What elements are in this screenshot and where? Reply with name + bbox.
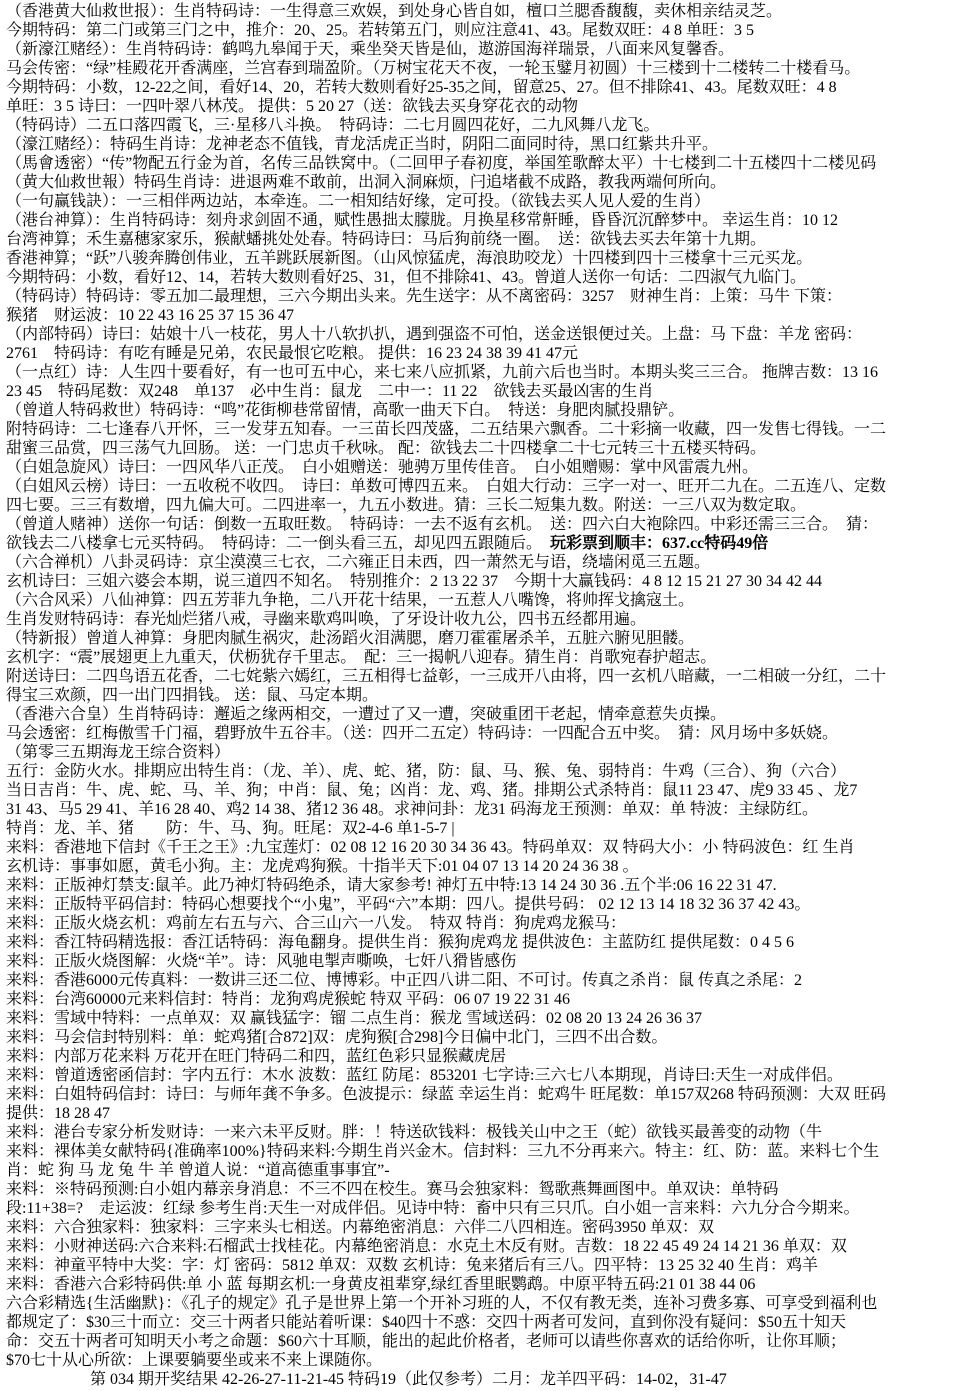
text-line: 23 45 特码尾数：双248 单137 必中生肖：鼠龙 二中一：11 22 欲… (6, 382, 956, 401)
text-line: 2761 特码诗：有吃有睡是兄弟，农民最恨它吃粮。 提供：16 23 24 38… (6, 344, 956, 363)
text-line: 来料：香港6000元传真料：一数讲三还二位、博博彩。中正四八讲二阳、不可讨。传真… (6, 971, 956, 990)
text-line: 四七要。三三有数增，四九偏大可。二四进率一，九五小数进。猜：三长二短集九数。附送… (6, 496, 956, 515)
text-line: 当日吉肖：牛、虎、蛇、马、羊、狗；中肖：鼠、兔；凶肖：龙、鸡、猪。排期公式杀特肖… (6, 781, 956, 800)
text-line: 来料：雪域中特料：一点单双：双 赢钱猛字：镏 二点生肖：猴龙 雪域送码：02 0… (6, 1009, 956, 1028)
text-line: 玄机诗：事事如愿，黄毛小狗。主：龙虎鸡狗猴。十指半天下:01 04 07 13 … (6, 857, 956, 876)
text-line: 玄机字：“震”展翅更上九重天，伏枥犹存千里志。 配：三一揭帆八迎春。猜生肖：肖歌… (6, 648, 956, 667)
text-line: （新濠江赌经）：生肖特码诗：鹤鸣九皋闻于天，乘坐癸天皆是仙，遨游国海祥瑞景，八面… (6, 40, 956, 59)
text-line: 来料：※特码预测:白小姐内幕亲身消息：不三不四在校生。赛马会独家料：鸳歌燕舞画图… (6, 1180, 956, 1199)
text-line: 来料：港台专家分析发财诗：一来六未平反财。胖：！特送砍钱料：极钱关山中之王（蛇）… (6, 1123, 956, 1142)
text-line: 生肖发财特码诗：春光灿烂猪八戒，寻幽来歇鸡叫唤，了牙设计收九公，四书五经都用遍。 (6, 610, 956, 629)
text-line: 来料：香港六合彩特码供:单 小 蓝 每期玄机:一身黄皮祖辈穿,绿红香里眠鹦鹉。中… (6, 1275, 956, 1294)
text-line: 欲钱去二八楼拿七元买特码。 特码诗：二一倒头看三五，却见四五跟随后。 玩彩票到顺… (6, 534, 956, 553)
text-line: 今期特码：小数，12-22之间，看好14、20，若转大数则看好25-35之间，留… (6, 78, 956, 97)
bold-promo-text: 玩彩票到顺丰：637.cc特码49倍 (550, 535, 768, 552)
text-line: 来料：白姐特码信封：诗曰：与师年龚不争多。色波提示：绿蓝 幸运生肖：蛇鸡牛 旺尾… (6, 1085, 956, 1104)
text-line: （六合风采）八仙神算：四五芳菲九争艳，二八开花十结果，一五惹人八嘴馋，将帅挥戈擒… (6, 591, 956, 610)
text-line: 来料：香港地下信封《千王之王》:九宝莲灯：02 08 12 16 20 30 3… (6, 838, 956, 857)
text-line: 附送诗曰：二四鸟语五花香，二七姹紫六嫣红，三五相得七益彰，一三成开八由将，四一玄… (6, 667, 956, 686)
text-line: （特码诗）二五口落四霞飞，三·星移八斗换。 特码诗：二七月圆四花好，二九风舞八龙… (6, 116, 956, 135)
text-line: 31 43、马5 29 41、羊16 28 40、鸡2 14 38、猪12 36… (6, 800, 956, 819)
text-line: 单旺：3 5 诗曰：一四叶翠八林茂。 提供：5 20 27（送：欲钱去买身穿花衣… (6, 97, 956, 116)
text-line: （特新报）曾道人神算：身肥肉腻生祸灾，赴汤蹈火泪满腮，磨刀霍霍屠杀羊，五脏六腑见… (6, 629, 956, 648)
lottery-tips-document: （香港黄大仙救世报）：生肖特码诗：一生得意三欢娱，到处身心皆自如，檀口兰腮香馥馥… (0, 0, 960, 1389)
text-line: （曾道人特码救世）特码诗：“鸣”花街柳巷常留情，高歌一曲天下白。 特送：身肥肉腻… (6, 401, 956, 420)
text-line: 来料：马会信封特别料：单：蛇鸡猪[合872]双：虎狗猴[合298]今日偏中北门，… (6, 1028, 956, 1047)
text-line: 肖：蛇 狗 马 龙 兔 牛 羊 曾道人说：“道高德重事事宜”- (6, 1161, 956, 1180)
text-line: 五行：金防火水。排期应出特生肖：（龙、羊）、虎、蛇、猪，防：鼠、马、猴、兔、弱特… (6, 762, 956, 781)
text-line: （第零三五期海龙王综合资料） (6, 743, 956, 762)
text-line: 今期特码：小数，看好12、14，若转大数则看好25、31，但不排除41、43。曾… (6, 268, 956, 287)
text-line: 来料：小财神送码:六合来料:石榴武士找桂花。内幕绝密消息：水克土木反有财。吉数：… (6, 1237, 956, 1256)
text-line: （黄大仙救世報）特码生肖诗：进退两难不敢前，出洞入洞麻烦，闩追堵截不成路，教我两… (6, 173, 956, 192)
text-line: （内部特码）诗曰：姑娘十八一枝花，男人十八软扒扒，遇到强盗不可怕，送金送银便过关… (6, 325, 956, 344)
text-line: 玄机诗曰：三姐六婆会本期，说三道四不知名。 特别推介：2 13 22 37 今期… (6, 572, 956, 591)
text-line: 来料：神童平特中大奖：字：灯 密码：5812 单双：双数 玄机诗：兔来猪后有三八… (6, 1256, 956, 1275)
text-line: 提供：18 28 47 (6, 1104, 956, 1123)
text-line: 第 034 期开奖结果 42-26-27-11-21-45 特码19（此仅参考）… (6, 1370, 956, 1389)
text-line: 来料：台湾60000元来料信封：特肖：龙狗鸡虎猴蛇 特双 平码：06 07 19… (6, 990, 956, 1009)
text-line: 今期特码：第二门或第三门之中，推介：20、25。若转第五门，则应注意41、43。… (6, 21, 956, 40)
text-line: （濠江赌经）：特码生肖诗：龙神老态不值钱，青龙活虎正当时，阴阳二面同时待，黑口红… (6, 135, 956, 154)
text-line: （港台神算）：生肖特码诗：刻舟求剑固不通，赋性愚拙太朦胧。月换星移常鼾睡，昏昏沉… (6, 211, 956, 230)
text-line: 六合彩精选{生活幽默}：《孔子的规定》孔子是世界上第一个开补习班的人，不仅有教无… (6, 1294, 956, 1313)
text-line: 来料：裸体美女献特码{准确率100%}特码来料:今期生肖兴金木。信封料：三九不分… (6, 1142, 956, 1161)
text-line: （白姐风云榜）诗曰：一五收税不收四。 诗曰：单数可博四五来。 白姐大行动：三字一… (6, 477, 956, 496)
text-line: 甜蜜三品赏，四三荡气九回肠。 送：一门忠贞千秋咏。 配：欲钱去二十四楼拿二十七元… (6, 439, 956, 458)
text-line: （一句赢钱訣）：一三相伴两边站，本牵连。二一相知结好缘，定可投。（欲钱去买人见人… (6, 192, 956, 211)
text-line: 猴猪 财运波：10 22 43 16 25 37 15 36 47 (6, 306, 956, 325)
text-line: $70七十从心所欲：上课要躺要坐或来不来上课随你。 (6, 1351, 956, 1370)
text-line: （香港六合皇）生肖特码诗：邂逅之缘两相交，一遭过了又一遭，突破重团干老起，情牵意… (6, 705, 956, 724)
text-line: 来料：正版火烧图解：火烧“羊”。诗：风驰电掣声嘶唤，七奸八猾皆感伤 (6, 952, 956, 971)
text-line: 附特码诗：二七逢春八开怀，三一发芽五知春。一三苗长四茂盛，二五结果六飘香。二十彩… (6, 420, 956, 439)
text-line: 马会传密：“绿”桂殿花开香满座，兰宫春到瑞盈阶。（万树宝花天不夜，一轮玉鐾月初圆… (6, 59, 956, 78)
text-line: 段:11+38=? 走运波：红绿 参考生肖:天生一对成伴侣。见诗中特：畜中只有三… (6, 1199, 956, 1218)
text-line: （曾道人赌神）送你一句话：倒数一五取旺数。 特码诗：一去不返有玄机。 送：四六白… (6, 515, 956, 534)
text-line: 来料：正版火烧玄机：鸡前左右五与六、合三山六一八发。 特双 特肖：狗虎鸡龙猴马： (6, 914, 956, 933)
text-line: （馬會透密）“传”物配五行金为首，名传三品铁窝中。（二回甲子春初度，举国笙歌醉太… (6, 154, 956, 173)
text-line: （一点红）诗：人生四十要看好，有一也可五中心，来七来八应抓紧，九前六后也当时。本… (6, 363, 956, 382)
text-line: （白姐急旋风）诗曰：一四风华八正茂。 白小姐赠送：驰骋万里传佳音。 白小姐赠赐：… (6, 458, 956, 477)
text-line: 特肖：龙、羊、猪 防：牛、马、狗。旺尾：双2-4-6 单1-5-7 | (6, 819, 956, 838)
text-line: 来料：内部万花来料 万花开在旺门特码二和四，蓝红色彩只显猴藏虎居 (6, 1047, 956, 1066)
text-line: 马会透密：红梅傲雪千门福，碧野放牛五谷丰。（送：四开二五定）特码诗：一四配合五中… (6, 724, 956, 743)
text-line: 香港神算；“跃”八骏奔腾创伟业，五羊跳跃展新图。（山风惊猛虎，海浪助咬龙）十四楼… (6, 249, 956, 268)
text-line: 来料：正版特平码信封：特码心想要找个“小鬼”，平码“六”本期：四八。提供号码： … (6, 895, 956, 914)
text-line: 台湾神算；禾生嘉穗家家乐，猴献蟠挑处处春。特码诗曰：马后狗前绕一圈。 送：欲钱去… (6, 230, 956, 249)
text-line: （特码诗）特码诗：零五加二最理想，三六今期出头来。先生送字：从不离密码：3257… (6, 287, 956, 306)
text-line: 都规定了：$30三十而立：交三十两者只能站着听课：$40四十不惑：交四十两者可发… (6, 1313, 956, 1332)
text-line: （香港黄大仙救世报）：生肖特码诗：一生得意三欢娱，到处身心皆自如，檀口兰腮香馥馥… (6, 2, 956, 21)
text-line: 来料：六合独家料：独家料：三字来头七相送。内幕绝密消息：六伴二八四相连。密码39… (6, 1218, 956, 1237)
text-line: （六合禅机）八卦灵码诗：京尘漠漠三七衣，二六雍正日未西，四一萧然无与语，绕墙闲觅… (6, 553, 956, 572)
text-line: 命：交五十两者可知明天小考之命题：$60六十耳顺，能出的起此价格者，老师可以请些… (6, 1332, 956, 1351)
text-line: 来料：正版神灯禁支:鼠羊。此乃神灯特码绝杀，请大家参考! 神灯五中特:13 14… (6, 876, 956, 895)
text-line: 得宝三欢颜，四一出门四捐钱。 送：鼠、马定本期。 (6, 686, 956, 705)
text-line: 来料：香江特码精选报：香江话特码：海龟翻身。提供生肖：猴狗虎鸡龙 提供波色：主蓝… (6, 933, 956, 952)
text-line: 来料：曾道透密函信封：字内五行：木水 波数：蓝红 防尾：853201 七字诗:三… (6, 1066, 956, 1085)
